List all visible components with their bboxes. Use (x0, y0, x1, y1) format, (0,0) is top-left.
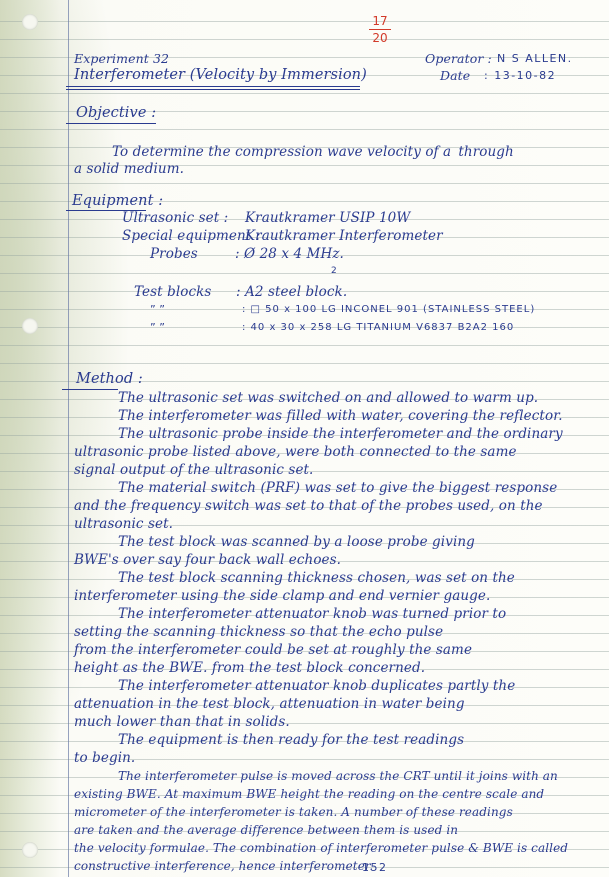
punch-hole (22, 842, 38, 858)
method-line: The interferometer attenuator knob was t… (118, 605, 506, 623)
equipment-value: Krautkramer USIP 10W (245, 209, 410, 227)
equipment-label: Ultrasonic set : (122, 209, 228, 227)
date-value: : 13-10-82 (484, 67, 556, 85)
method-line: BWE's over say four back wall echoes. (74, 551, 341, 569)
method-line: attenuation in the test block, attenuati… (74, 695, 465, 713)
method-line: The interferometer pulse is moved across… (118, 767, 558, 785)
method-line: from the interferometer could be set at … (74, 641, 472, 659)
equipment-label: Probes (150, 245, 198, 263)
grade-divider (369, 29, 391, 30)
grade-total: 20 (369, 31, 391, 45)
method-heading: Method : (76, 370, 143, 388)
method-line: much lower than that in solids. (74, 713, 290, 731)
operator-label: Operator : (425, 50, 492, 68)
experiment-title: Interferometer (Velocity by Immersion) (74, 66, 367, 84)
method-line: The ultrasonic set was switched on and a… (118, 389, 538, 407)
equipment-ditto: ” ” (150, 319, 165, 337)
notebook-page: 17 20 Experiment 32 Interferometer (Velo… (0, 0, 609, 877)
method-line: the velocity formulae. The combination o… (74, 839, 568, 857)
heading-underline (62, 389, 118, 390)
objective-heading: Objective : (76, 104, 156, 122)
equipment-value: : 40 x 30 x 258 LG TITANIUM V6837 B2A2 1… (242, 319, 514, 337)
equipment-ditto: ” ” (150, 301, 165, 319)
method-line: micrometer of the interferometer is take… (74, 803, 513, 821)
equipment-value: : □ 50 x 100 LG INCONEL 901 (STAINLESS S… (242, 301, 535, 319)
method-line: The material switch (PRF) was set to giv… (118, 479, 557, 497)
page-number: 152 (362, 859, 388, 877)
grade-score: 17 (369, 14, 391, 28)
title-underline (66, 89, 360, 90)
method-line: The interferometer was filled with water… (118, 407, 563, 425)
method-line: The interferometer attenuator knob dupli… (118, 677, 515, 695)
method-line: are taken and the average difference bet… (74, 821, 458, 839)
margin-line (68, 0, 69, 877)
equipment-label: Special equipment : (122, 227, 260, 245)
equipment-value: : Ø 28 x 4 MHz. (235, 245, 344, 263)
punch-hole (22, 318, 38, 334)
method-line: and the frequency switch was set to that… (74, 497, 543, 515)
equipment-value: : A2 steel block. (236, 283, 347, 301)
objective-line: To determine the compression wave veloci… (112, 143, 514, 161)
method-line: The equipment is then ready for the test… (118, 731, 464, 749)
method-line: ultrasonic probe listed above, were both… (74, 443, 517, 461)
probe-subscript: 2 (331, 262, 338, 280)
method-line: constructive interference, hence interfe… (74, 857, 373, 875)
equipment-heading: Equipment : (72, 192, 163, 210)
method-line: interferometer using the side clamp and … (74, 587, 490, 605)
method-line: setting the scanning thickness so that t… (74, 623, 443, 641)
method-line: existing BWE. At maximum BWE height the … (74, 785, 544, 803)
grade-mark: 17 20 (369, 14, 391, 45)
method-line: height as the BWE. from the test block c… (74, 659, 425, 677)
objective-line: a solid medium. (74, 160, 184, 178)
method-line: The test block was scanned by a loose pr… (118, 533, 475, 551)
punch-hole (22, 14, 38, 30)
method-line: The test block scanning thickness chosen… (118, 569, 515, 587)
equipment-value: Krautkramer Interferometer (245, 227, 443, 245)
date-label: Date (440, 67, 470, 85)
method-line: to begin. (74, 749, 135, 767)
method-line: signal output of the ultrasonic set. (74, 461, 313, 479)
title-underline (66, 86, 360, 87)
heading-underline (66, 123, 156, 124)
method-line: The ultrasonic probe inside the interfer… (118, 425, 563, 443)
method-line: ultrasonic set. (74, 515, 173, 533)
operator-value: N S ALLEN. (497, 50, 573, 68)
equipment-label: Test blocks (134, 283, 211, 301)
